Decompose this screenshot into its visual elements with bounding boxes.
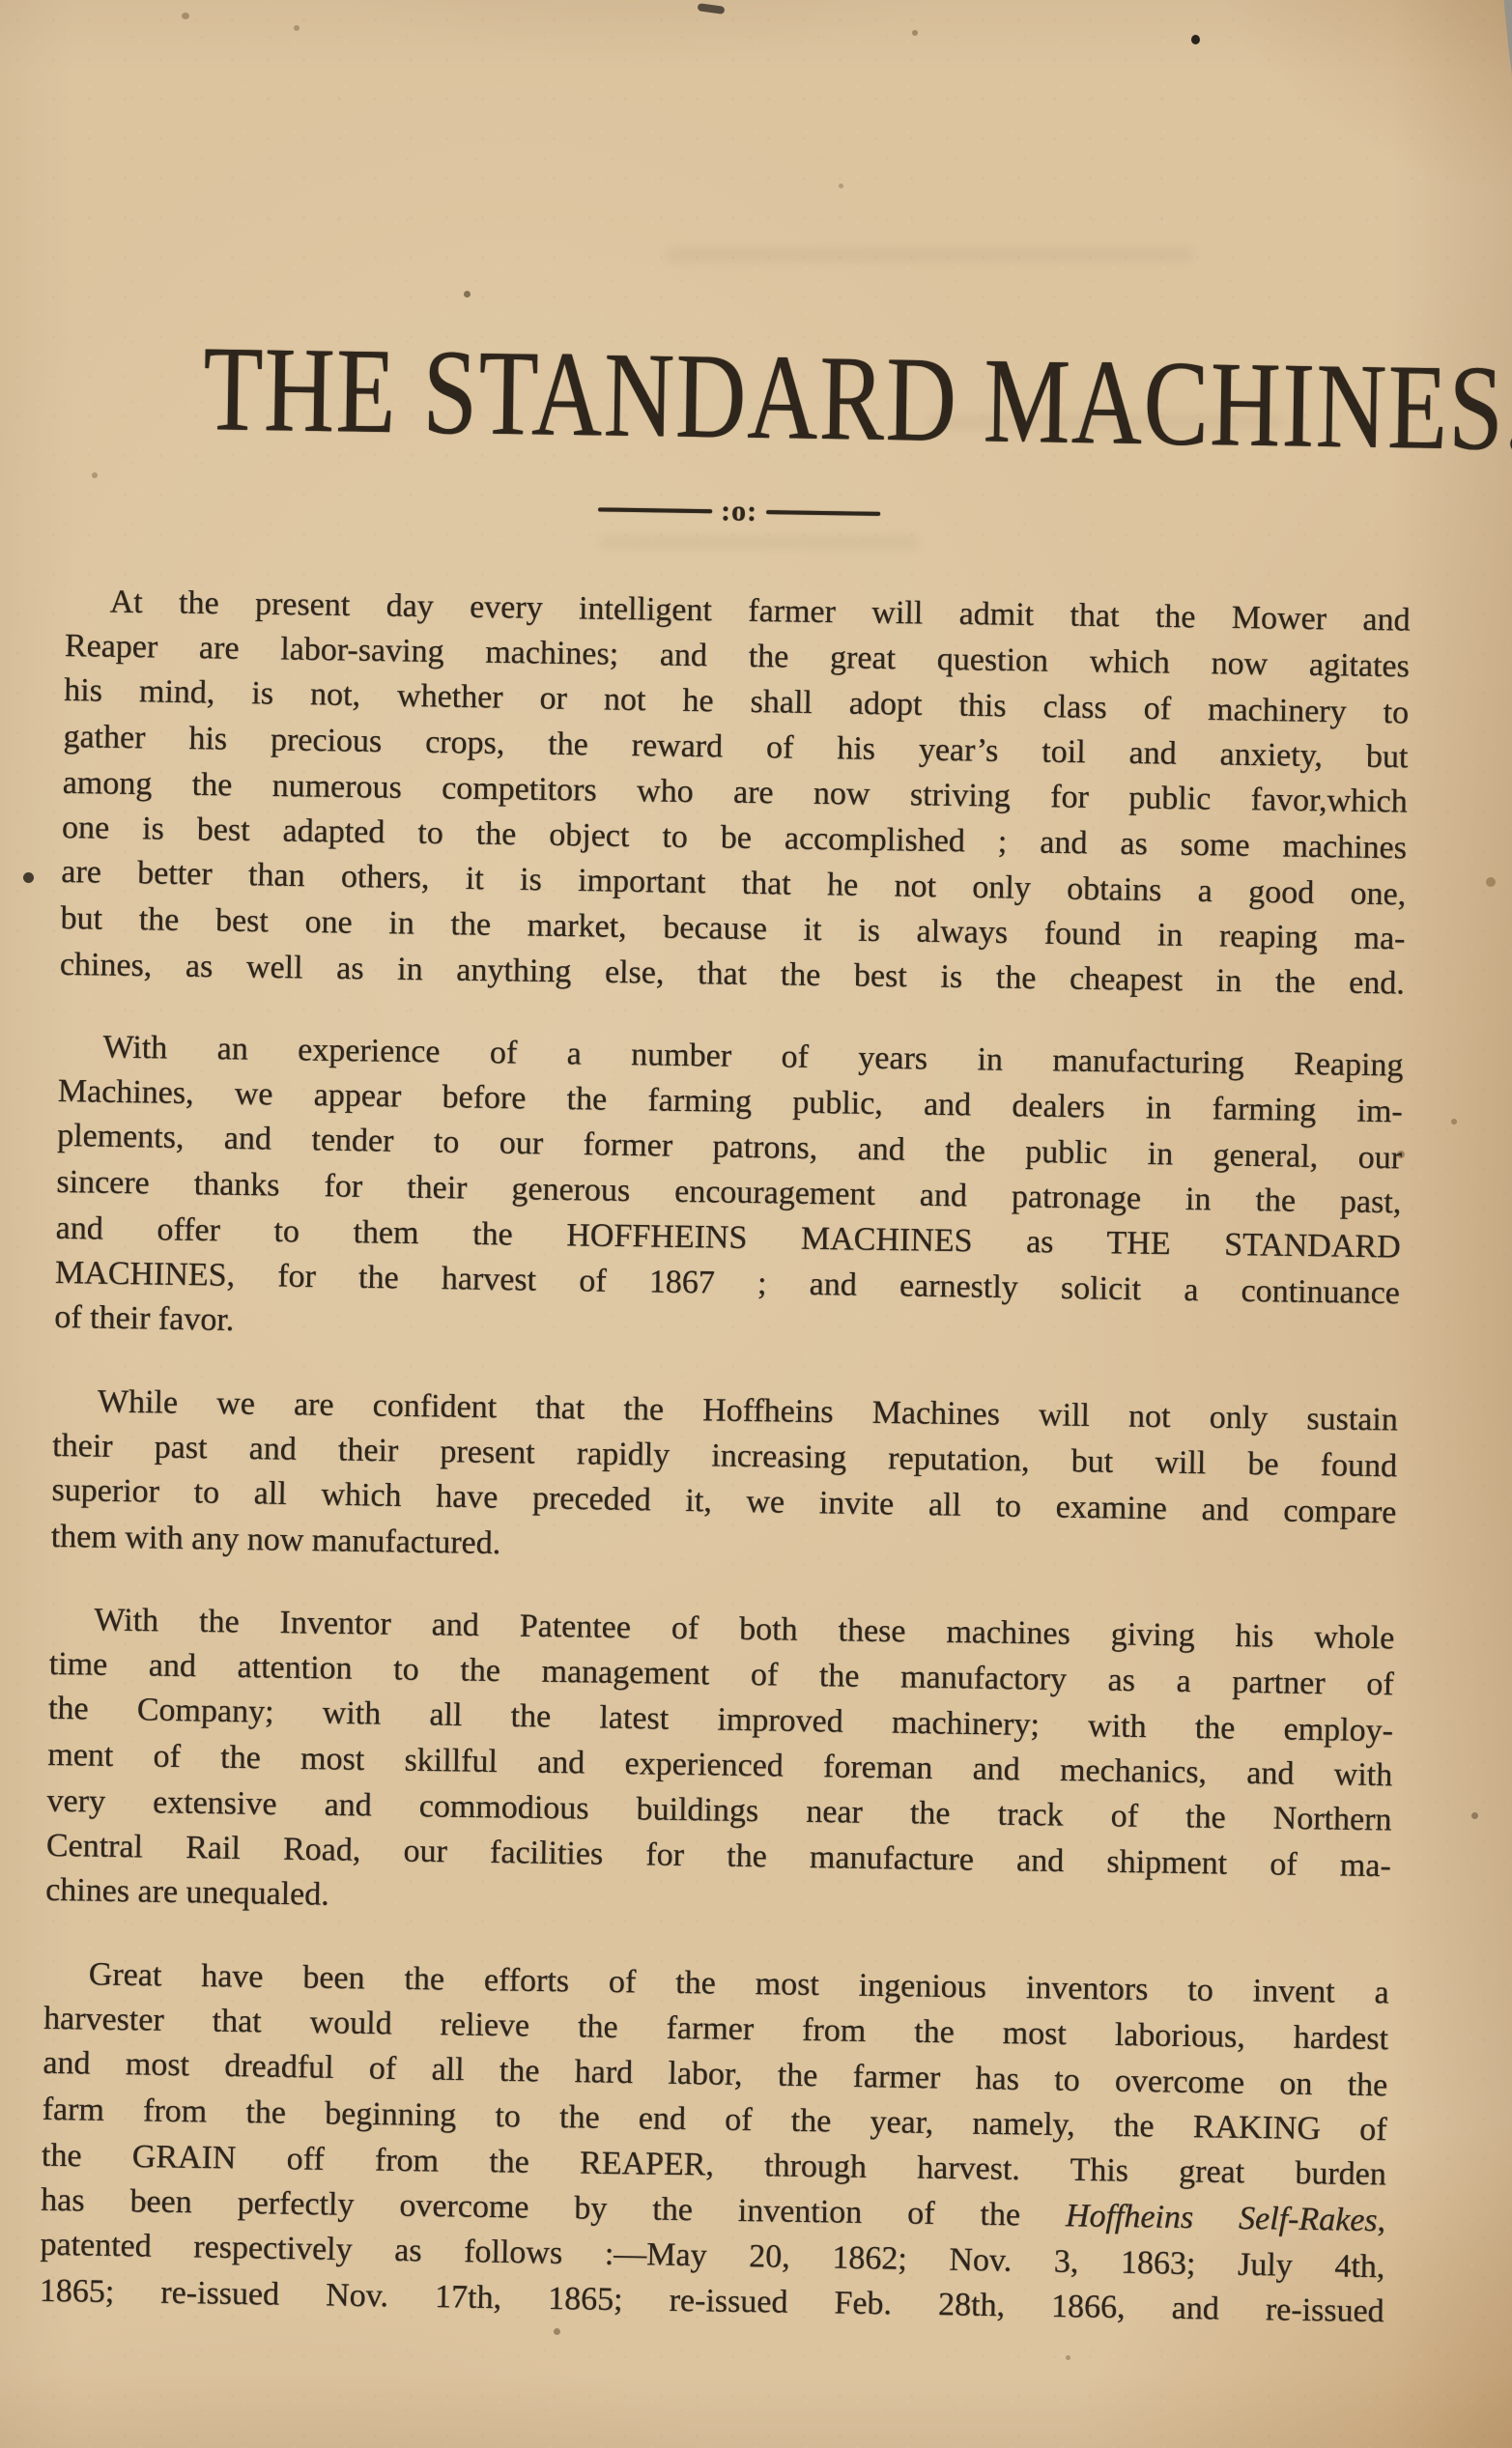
- paper-speck: [23, 872, 34, 883]
- divider-rule-left: [598, 507, 712, 513]
- paragraphs: At the present day every intelligent far…: [39, 578, 1410, 2334]
- show-through: [667, 247, 1193, 262]
- paper-speck: [698, 3, 726, 14]
- paper-speck: [1451, 1119, 1457, 1124]
- paper-speck: [464, 291, 471, 298]
- paper-speck: [182, 13, 189, 19]
- scan-edge-artifact: [1499, 0, 1512, 75]
- page-content: THE STANDARD MACHINES. :o: At the presen…: [39, 327, 1413, 2334]
- page-title: THE STANDARD MACHINES.: [202, 328, 1279, 467]
- divider-rule-right: [766, 510, 880, 516]
- paper-speck: [294, 25, 300, 31]
- paper-speck: [554, 2328, 560, 2335]
- section-divider: :o:: [67, 487, 1412, 536]
- divider-ornament: :o:: [721, 497, 757, 527]
- paragraph: At the present day every intelligent far…: [60, 578, 1411, 1007]
- paper-speck: [1066, 2355, 1070, 2360]
- paper-speck: [912, 30, 918, 36]
- document-page: THE STANDARD MACHINES. :o: At the presen…: [0, 0, 1512, 2448]
- paper-speck: [839, 184, 843, 188]
- paper-speck: [1471, 1812, 1478, 1819]
- paper-speck: [1191, 35, 1200, 44]
- paragraph: While we are confident that the Hoffhein…: [50, 1378, 1398, 1580]
- paper-speck: [1486, 877, 1496, 887]
- paragraph: With an experience of a number of years …: [54, 1023, 1404, 1361]
- paragraph: Great have been the efforts of the most …: [39, 1950, 1389, 2334]
- paragraph: With the Inventor and Patentee of both t…: [45, 1596, 1395, 1934]
